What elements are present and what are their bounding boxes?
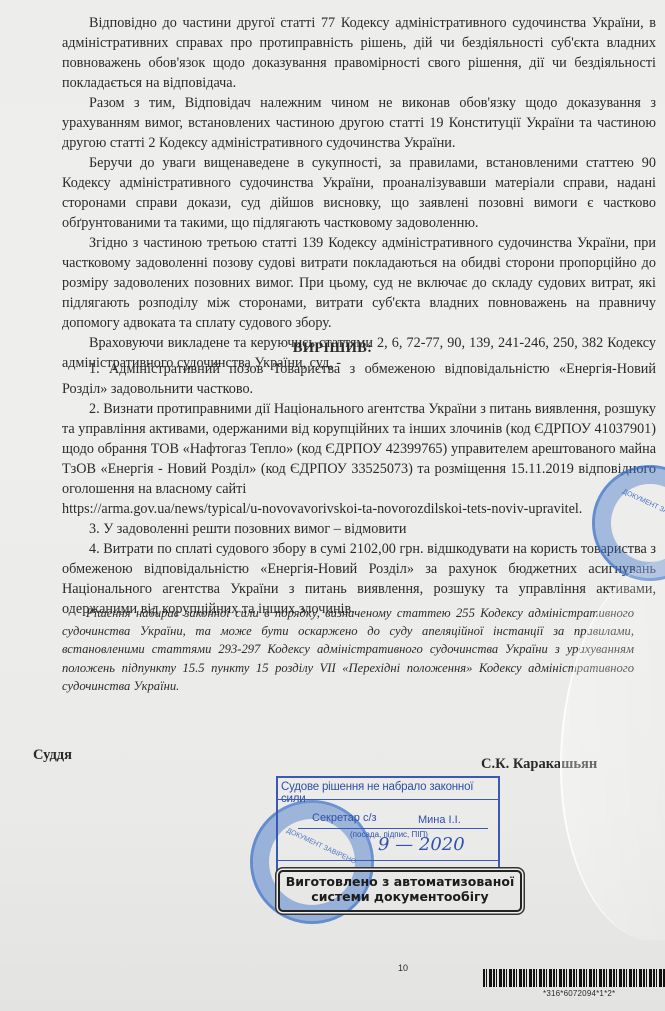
automated-system-stamp: Виготовлено з автоматизованої системи до… (278, 870, 522, 912)
paragraph: Згідно з частиною третьою статті 139 Код… (62, 233, 656, 333)
resolution-heading: ВИРІШИВ: (0, 340, 665, 357)
handwritten-signature: 9 — 2020 (378, 834, 465, 855)
paragraph: Відповідно до частини другої статті 77 К… (62, 13, 656, 93)
resolution-section: 1. Адміністративний позов Товариства з о… (62, 359, 656, 619)
seal-text: ДОКУМЕНТ ЗАВІРЕНО (621, 488, 665, 527)
divider (298, 828, 488, 829)
effect-paragraph: Рішення набирає законної сили в порядку,… (62, 604, 634, 695)
divider (278, 799, 498, 800)
resolution-item: 3. У задоволенні решти позовних вимог – … (62, 519, 656, 539)
paragraph: Разом з тим, Відповідач належним чином н… (62, 93, 656, 153)
legal-effect-note: Рішення набирає законної сили в порядку,… (62, 604, 634, 695)
resolution-item: 1. Адміністративний позов Товариства з о… (62, 359, 656, 399)
reasoning-section: Відповідно до частини другої статті 77 К… (62, 13, 656, 373)
secretary-name: Мина І.І. (418, 814, 461, 826)
paragraph: Беручи до уваги вищенаведене в сукупност… (62, 153, 656, 233)
stamp-title: Судове рішення не набрало законної сили (281, 781, 498, 805)
resolution-item: 2. Визнати протиправними дії Національно… (62, 399, 656, 499)
secretary-label: Секретар с/з (312, 812, 377, 824)
barcode-text: *316*6072094*1*2* (543, 989, 615, 998)
website-link[interactable]: https://arma.gov.ua/news/typical/u-novov… (62, 499, 656, 519)
stamp-line: Виготовлено з автоматизованої (280, 874, 520, 889)
barcode-icon (483, 969, 665, 987)
page-number: 10 (398, 963, 408, 973)
stamp-line: системи документообігу (280, 889, 520, 904)
judge-label: Суддя (33, 747, 72, 764)
divider (278, 860, 498, 861)
not-in-force-stamp: Судове рішення не набрало законної сили … (276, 776, 500, 872)
document-page: Відповідно до частини другої статті 77 К… (0, 0, 665, 1011)
